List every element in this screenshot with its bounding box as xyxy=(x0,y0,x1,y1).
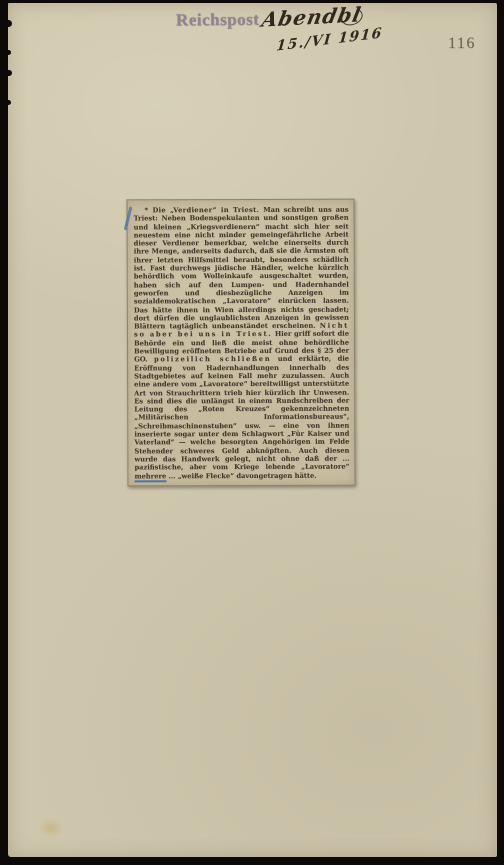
clipping-text-segment: mehrere xyxy=(134,472,166,483)
clipping-text-segment: * Die „Verdiener“ in Triest. xyxy=(145,206,264,214)
clipping-article-text: * Die „Verdiener“ in Triest. Man schreib… xyxy=(134,206,350,481)
page-number: 116 xyxy=(448,35,476,53)
clipping-text-segment: und erklärte, die Eröffnung von Hadernha… xyxy=(134,355,349,472)
clipping-text-segment: Man schreibt uns aus Triest: Neben Boden… xyxy=(134,206,349,331)
scan-background: Reichspost Abendbl 15./VI 1916 116 * Die… xyxy=(0,0,504,865)
blue-pencil-mark xyxy=(124,206,133,230)
archive-page: Reichspost Abendbl 15./VI 1916 116 * Die… xyxy=(8,3,497,857)
newspaper-clipping: * Die „Verdiener“ in Triest. Man schreib… xyxy=(127,199,356,487)
paper-stain xyxy=(38,817,64,839)
clipping-text-segment: ... „weiße Flecke“ davongetragen hätte. xyxy=(166,471,316,480)
clipping-text-segment: polizeilich schließen xyxy=(154,355,271,363)
